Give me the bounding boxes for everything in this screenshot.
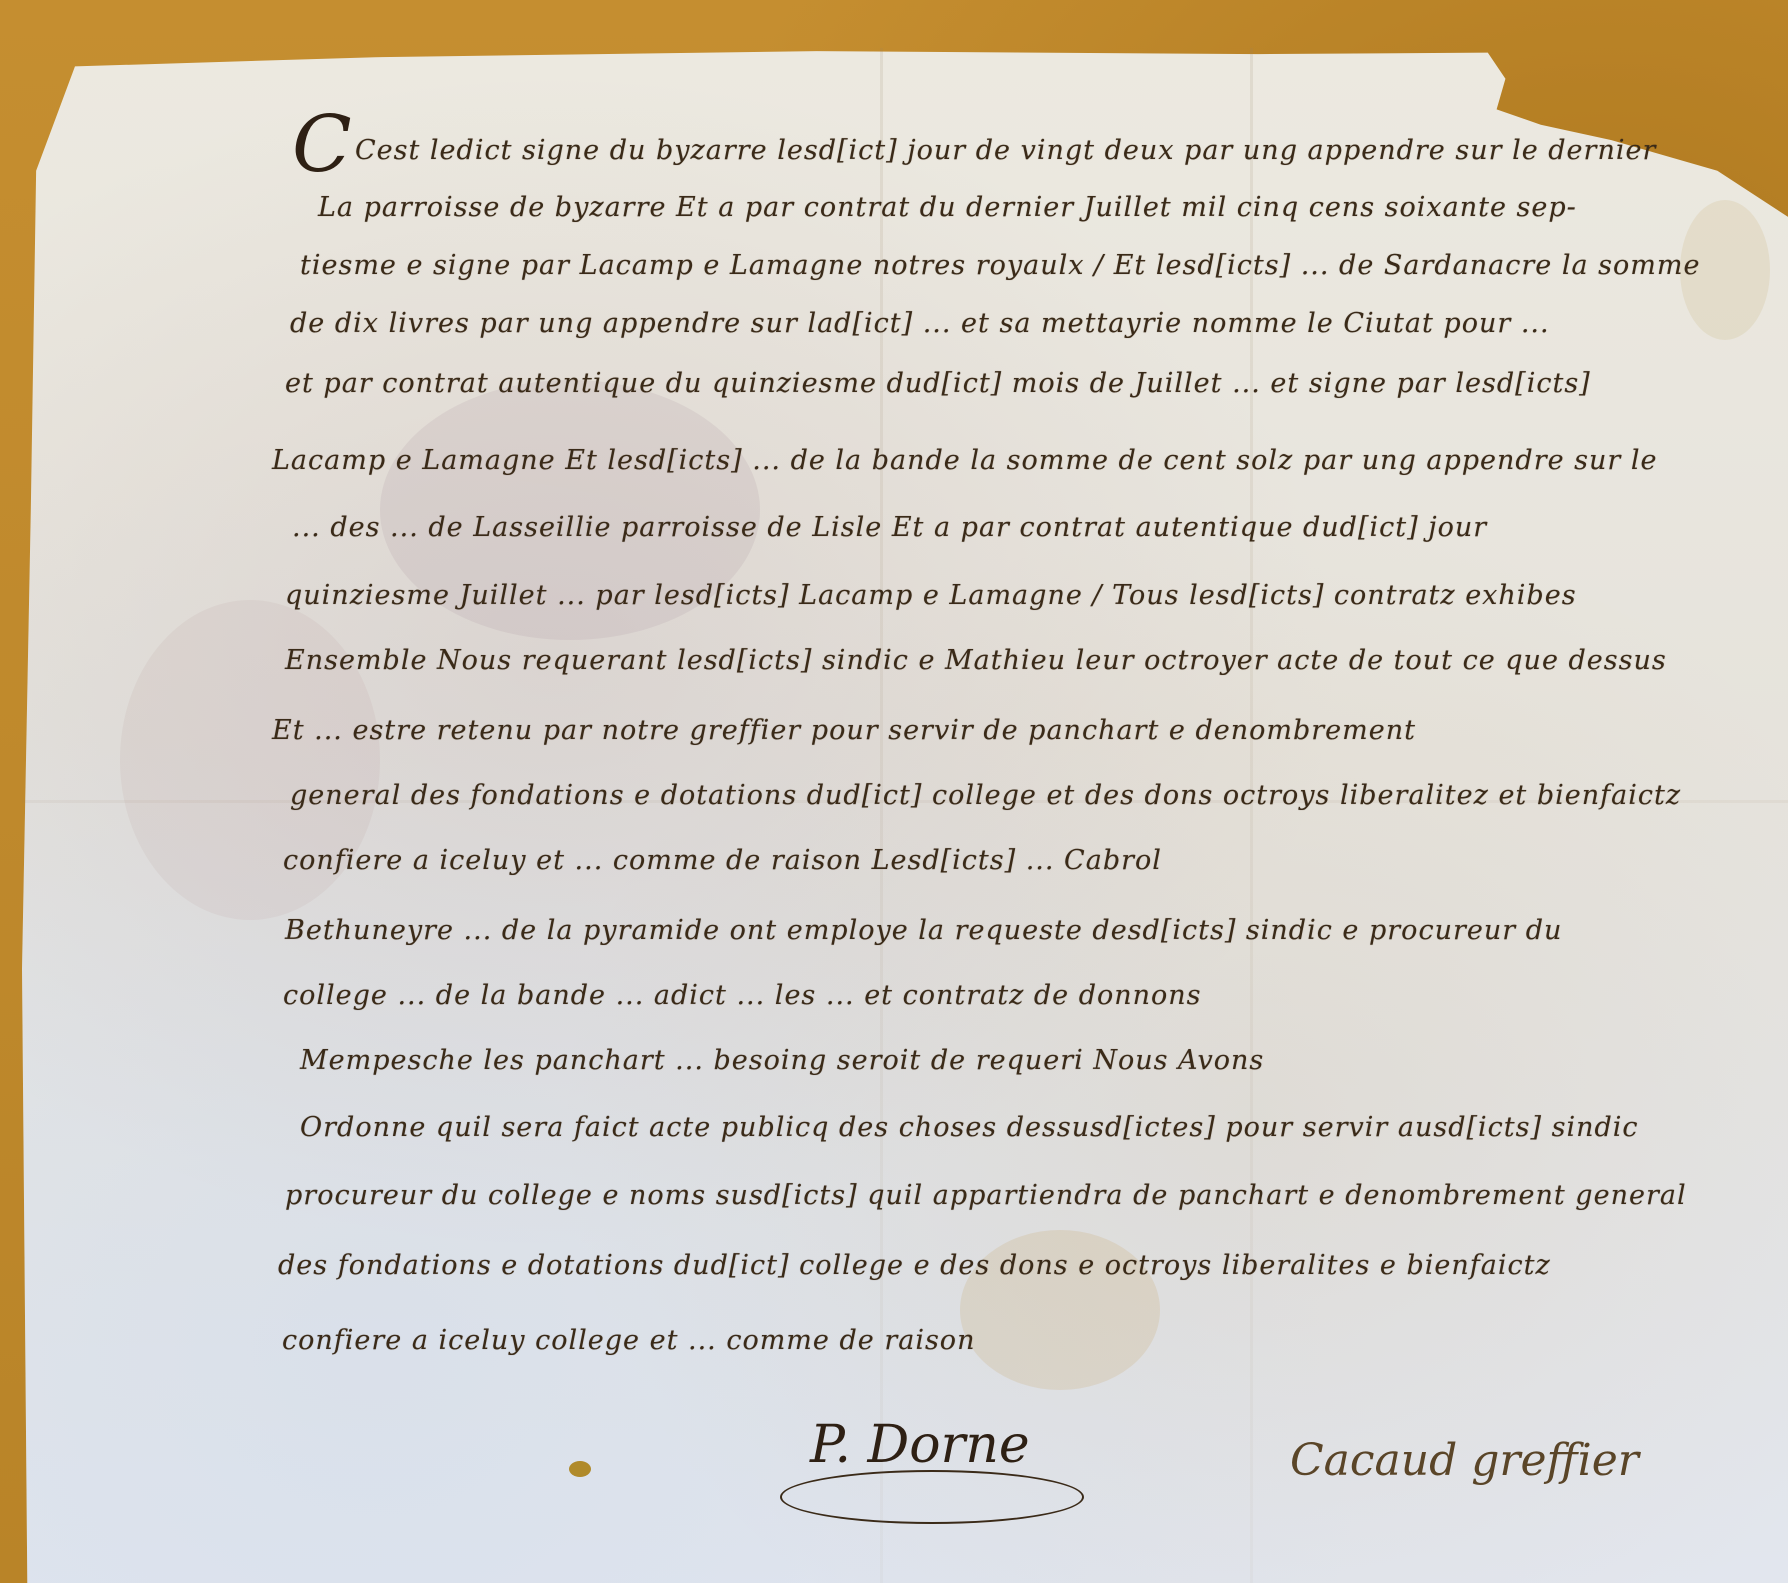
line-text: procureur du college e noms susd[icts] q… <box>285 1180 1687 1211</box>
text-line: et par contrat autentique du quinziesme … <box>285 368 1591 399</box>
signature-flourish <box>780 1470 1084 1524</box>
line-text: Et ... estre retenu par notre greffier p… <box>272 715 1416 746</box>
line-text: quinziesme Juillet ... par lesd[icts] La… <box>285 580 1577 611</box>
text-line: quinziesme Juillet ... par lesd[icts] La… <box>285 580 1577 611</box>
line-text: La parroisse de byzarre Et a par contrat… <box>318 192 1577 223</box>
manuscript-text: Cest ledict signe du byzarre lesd[ict] j… <box>0 0 1788 1583</box>
text-line: Ordonne quil sera faict acte publicq des… <box>300 1112 1639 1143</box>
line-text: general des fondations e dotations dud[i… <box>290 780 1681 811</box>
text-line: procureur du college e noms susd[icts] q… <box>285 1180 1687 1211</box>
line-text: confiere a iceluy college et ... comme d… <box>282 1325 975 1356</box>
text-line: La parroisse de byzarre Et a par contrat… <box>318 192 1577 223</box>
text-line: de dix livres par ung appendre sur lad[i… <box>290 308 1550 339</box>
line-text: Mempesche les panchart ... besoing seroi… <box>300 1045 1264 1076</box>
text-line: Et ... estre retenu par notre greffier p… <box>272 715 1416 746</box>
text-line: Lacamp e Lamagne Et lesd[icts] ... de la… <box>272 445 1658 476</box>
text-line: general des fondations e dotations dud[i… <box>290 780 1681 811</box>
line-text: et par contrat autentique du quinziesme … <box>285 368 1591 399</box>
line-text: Ensemble Nous requerant lesd[icts] sindi… <box>285 645 1667 676</box>
text-line: Cest ledict signe du byzarre lesd[ict] j… <box>355 135 1656 166</box>
text-line: des fondations e dotations dud[ict] coll… <box>278 1250 1551 1281</box>
line-text: ... des ... de Lasseillie parroisse de L… <box>292 512 1487 543</box>
signature-text: Cacaud greffier <box>1290 1435 1639 1486</box>
text-line: confiere a iceluy college et ... comme d… <box>282 1325 975 1356</box>
line-text: confiere a iceluy et ... comme de raison… <box>283 845 1162 876</box>
text-line: confiere a iceluy et ... comme de raison… <box>283 845 1162 876</box>
text-line: Ensemble Nous requerant lesd[icts] sindi… <box>285 645 1667 676</box>
line-text: college ... de la bande ... adict ... le… <box>283 980 1202 1011</box>
text-line: ... des ... de Lasseillie parroisse de L… <box>292 512 1487 543</box>
signature-text: P. Dorne <box>810 1415 1030 1475</box>
signature-cacaud: Cacaud greffier <box>1290 1435 1639 1486</box>
text-line: tiesme e signe par Lacamp e Lamagne notr… <box>300 250 1700 281</box>
line-text: Lacamp e Lamagne Et lesd[icts] ... de la… <box>272 445 1658 476</box>
line-text: Bethuneyre ... de la pyramide ont employ… <box>285 915 1562 946</box>
line-text: Ordonne quil sera faict acte publicq des… <box>300 1112 1639 1143</box>
line-text: des fondations e dotations dud[ict] coll… <box>278 1250 1551 1281</box>
line-text: tiesme e signe par Lacamp e Lamagne notr… <box>300 250 1700 281</box>
line-text: Cest ledict signe du byzarre lesd[ict] j… <box>355 135 1656 166</box>
text-line: Bethuneyre ... de la pyramide ont employ… <box>285 915 1562 946</box>
text-line: Mempesche les panchart ... besoing seroi… <box>300 1045 1264 1076</box>
signature-dorne: P. Dorne <box>810 1415 1030 1475</box>
line-text: de dix livres par ung appendre sur lad[i… <box>290 308 1550 339</box>
text-line: college ... de la bande ... adict ... le… <box>283 980 1202 1011</box>
